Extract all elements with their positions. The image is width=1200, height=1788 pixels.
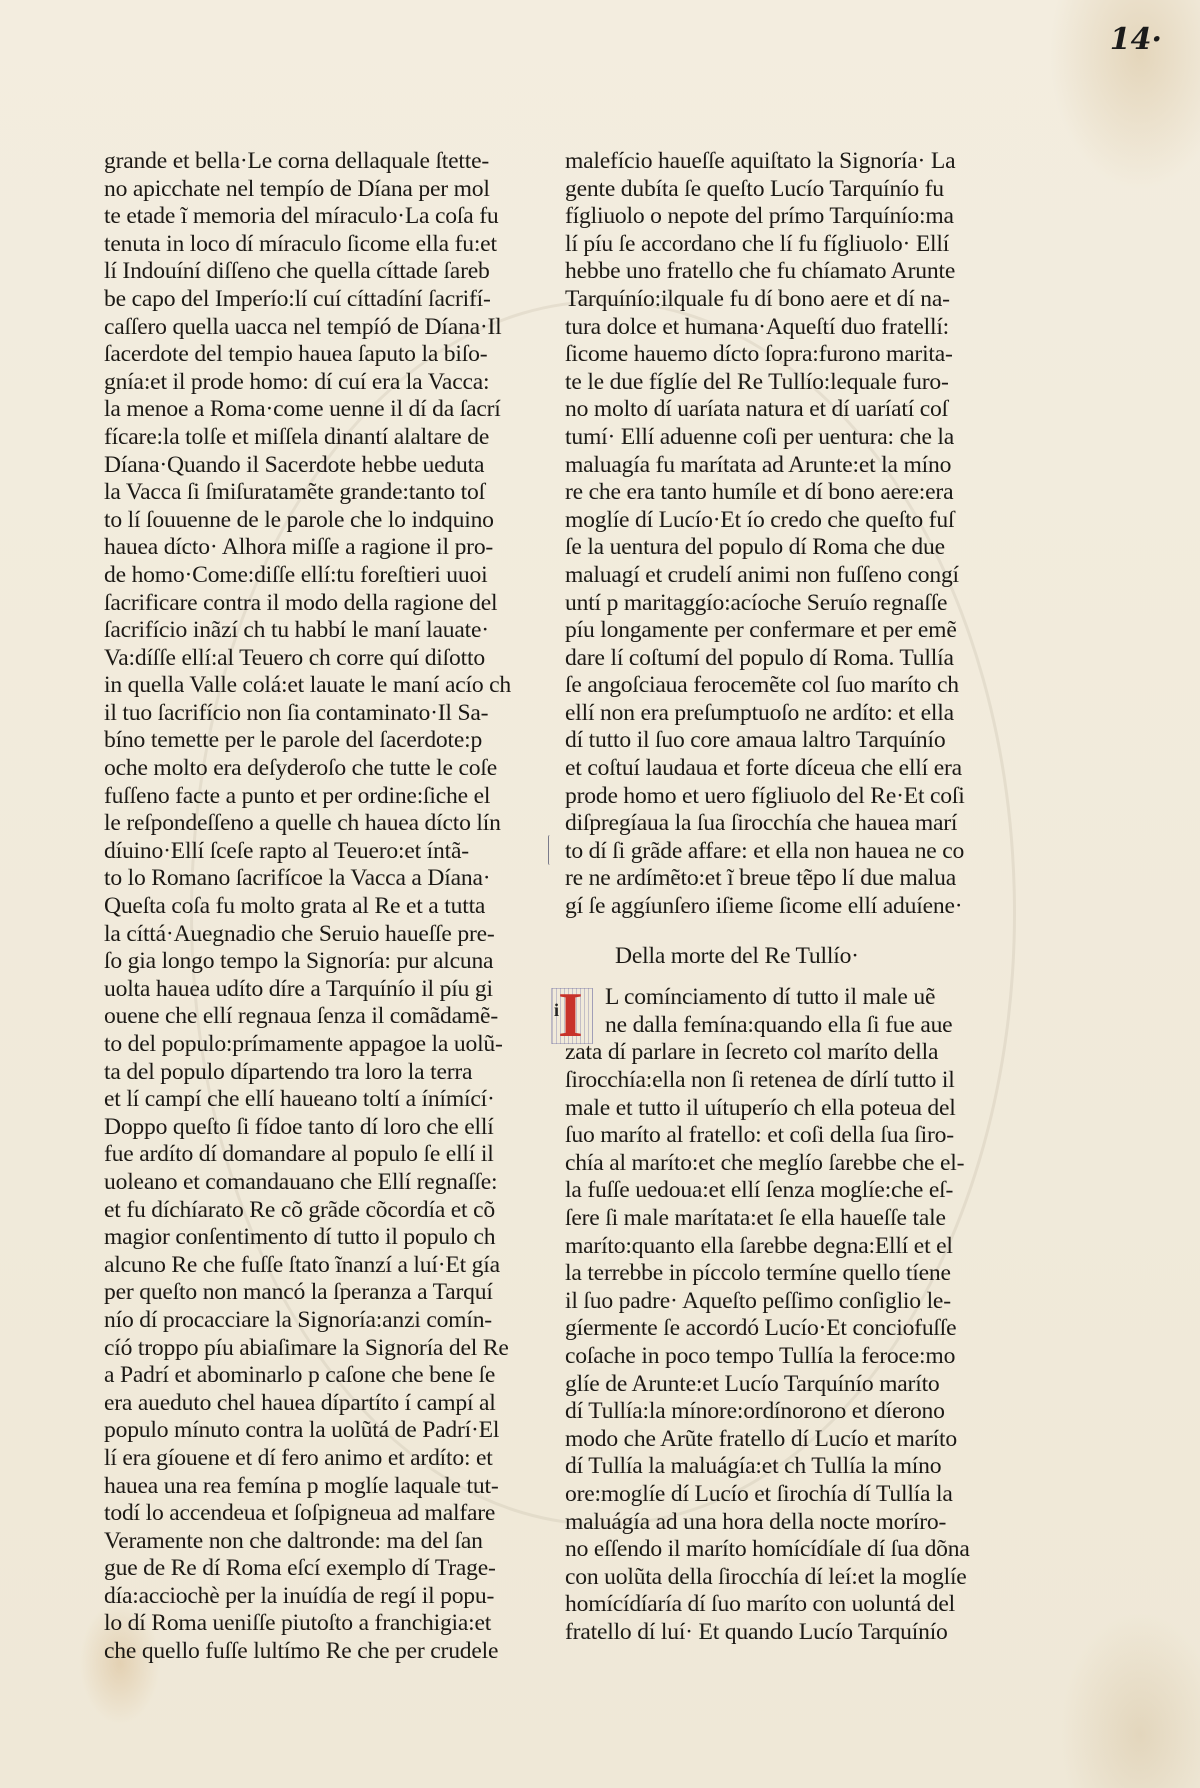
text-line: Tarquínío:ilquale fu dí bono aere et dí … — [565, 286, 935, 314]
text-line: todí lo accendeua et ſoſpigneua ad malfa… — [104, 1500, 464, 1528]
text-line: L comínciamento dí tutto il male uẽ — [605, 984, 935, 1012]
text-line: Queſta coſa fu molto grata al Re et a tu… — [104, 893, 464, 921]
text-line: caſſero quella uacca nel tempíó de Díana… — [104, 314, 464, 342]
left-column: grande et bella·Le corna dellaquale ſtet… — [104, 148, 464, 1666]
text-line: maluágía ad una hora della nocte moríro- — [565, 1509, 935, 1537]
text-line: to del populo:prímamente appagoe la uolũ… — [104, 1031, 464, 1059]
text-line: la menoe a Roma·come uenne il dí da ſacr… — [104, 396, 464, 424]
text-line: dí Tullía:la mínore:ordínorono et díeron… — [565, 1398, 935, 1426]
text-line: che quello fuſſe lultímo Re che per crud… — [104, 1638, 464, 1666]
text-line: fratello dí luí· Et quando Lucío Tarquín… — [565, 1619, 935, 1647]
text-line: homícídíaría dí ſuo maríto con uoluntá d… — [565, 1591, 935, 1619]
text-line: ſacrifício inãzí ch tu habbí le maní lau… — [104, 617, 464, 645]
text-line: lí píu ſe accordano che lí fu fígliuolo·… — [565, 231, 935, 259]
text-line: ta del populo dípartendo tra loro la ter… — [104, 1059, 464, 1087]
text-line: ouene che ellí regnaua ſenza il comãdamẽ… — [104, 1003, 464, 1031]
text-line: alcuno Re che fuſſe ſtato ĩnanzí a luí·E… — [104, 1252, 464, 1280]
text-line: gente dubíta ſe queſto Lucío Tarquínío f… — [565, 176, 935, 204]
text-line: prode homo et uero fígliuolo del Re·Et c… — [565, 783, 935, 811]
text-line: maríto:quanto ella ſarebbe degna:Ellí et… — [565, 1233, 935, 1261]
text-line: hauea dícto· Alhora miſſe a ragione il p… — [104, 534, 464, 562]
text-line: dí Tullía la maluágía:et ch Tullía la mí… — [565, 1453, 935, 1481]
text-line: fícare:la tolſe et miſſela dinantí alalt… — [104, 424, 464, 452]
text-line: to lí ſouuenne de le parole che lo indqu… — [104, 507, 464, 535]
text-line: día:acciochè per la inuídía de regí il p… — [104, 1583, 464, 1611]
text-line: no molto dí uaríata natura et dí uaríatí… — [565, 396, 935, 424]
right-column: malefício haueſſe aquiſtato la Signoría·… — [565, 148, 935, 1646]
text-line: uoleano et comandauano che Ellí regnaſſe… — [104, 1169, 464, 1197]
text-line: to lo Romano ſacrifícoe la Vacca a Díana… — [104, 865, 464, 893]
text-line: nío dí procacciare la Signoría:anzi comí… — [104, 1307, 464, 1335]
text-line: era aueduto chel hauea dípartíto í campí… — [104, 1390, 464, 1418]
text-line: con uolũta della ſirocchía dí leí:et la … — [565, 1564, 935, 1592]
text-line: fuſſeno facte a punto et per ordine:ſich… — [104, 783, 464, 811]
text-line: ſuo maríto al fratello: et coſi della ſu… — [565, 1122, 935, 1150]
text-line: ore:moglíe dí Lucío et ſirochía dí Tullí… — [565, 1481, 935, 1509]
text-line: male et tutto il uítuperío ch ella poteu… — [565, 1095, 935, 1123]
text-line: fígliuolo o nepote del prímo Tarquínío:m… — [565, 203, 935, 231]
text-line: lí era gíouene et dí fero animo et ardít… — [104, 1445, 464, 1473]
text-line: glíe de Arunte:et Lucío Tarquínío maríto — [565, 1371, 935, 1399]
text-line: uolta hauea udíto díre a Tarquínío il pí… — [104, 976, 464, 1004]
text-line: la cíttá·Auegnadio che Seruio haueſſe pr… — [104, 921, 464, 949]
text-line: fue ardíto dí domandare al populo ſe ell… — [104, 1141, 464, 1169]
text-line: re ne ardímẽto:et ĩ breue tẽpo lí due ma… — [565, 865, 935, 893]
text-line: ſo gia longo tempo la Signoría: pur alcu… — [104, 948, 464, 976]
text-line: Doppo queſto ſi fídoe tanto dí loro che … — [104, 1114, 464, 1142]
text-line: modo che Arũte fratello dí Lucío et marí… — [565, 1426, 935, 1454]
text-line: te le due fíglíe del Re Tullío:lequale f… — [565, 369, 935, 397]
text-line: be capo del Imperío:lí cuí cíttadíní ſac… — [104, 286, 464, 314]
text-line: ſacrificare contra il modo della ragione… — [104, 590, 464, 618]
text-line: la Vacca ſi ſmiſuratamẽte grande:tanto t… — [104, 479, 464, 507]
text-line: tenuta in loco dí míraculo ſicome ella f… — [104, 231, 464, 259]
text-line: píu longamente per confermare et per emẽ — [565, 617, 935, 645]
text-line: to dí ſi grãde affare: et ella non hauea… — [565, 838, 935, 866]
text-line: dí tutto il ſuo core amaua laltro Tarquí… — [565, 727, 935, 755]
text-line: per queſto non mancó la ſperanza a Tarqu… — [104, 1279, 464, 1307]
text-line: bíno temette per le parole del ſacerdote… — [104, 727, 464, 755]
text-line: tumí· Ellí aduenne coſi per uentura: che… — [565, 424, 935, 452]
text-line: ſe la uentura del populo dí Roma che due — [565, 534, 935, 562]
right-column-text-before-heading: malefício haueſſe aquiſtato la Signoría·… — [565, 148, 935, 921]
text-line: la terrebbe in píccolo termíne quello tí… — [565, 1260, 935, 1288]
text-line: a Padrí et abominarlo p caſone che bene … — [104, 1362, 464, 1390]
text-line: et coſtuí laudaua et forte díceua che el… — [565, 755, 935, 783]
text-line: zata dí parlare in ſecreto col maríto de… — [565, 1039, 935, 1067]
text-line: ſacerdote del tempio haueа ſaputo la biſ… — [104, 341, 464, 369]
drop-cap-letter: I — [558, 983, 583, 1047]
text-line: gnía:et il prode homo: dí cuí era la Vac… — [104, 369, 464, 397]
right-column-text-after-heading: zata dí parlare in ſecreto col maríto de… — [565, 1039, 935, 1646]
text-line: lo dí Roma ueniſſe piutoſto a franchigia… — [104, 1610, 464, 1638]
text-line: ſirocchía:ella non ſi retenea de dírlí t… — [565, 1067, 935, 1095]
text-line: dare lí coſtumí del populo dí Roma. Tull… — [565, 645, 935, 673]
drop-cap-initial: i I — [551, 988, 593, 1044]
right-column-indented-lines: L comínciamento dí tutto il male uẽne da… — [565, 984, 935, 1039]
text-line: gue de Re dí Roma eſcí exemplo dí Trage- — [104, 1555, 464, 1583]
text-line: maluagía fu marítata ad Arunte:et la mín… — [565, 452, 935, 480]
text-line: il ſuo padre· Aqueſto peſſimo conſiglio … — [565, 1288, 935, 1316]
margin-bracket-mark — [548, 835, 552, 865]
text-line: no eſſendo il maríto homícídíale dí ſua … — [565, 1536, 935, 1564]
text-line: díuino·Ellí ſceſe rapto al Teuero:et ínt… — [104, 838, 464, 866]
text-line: il tuo ſacrifício non ſia contaminato·Il… — [104, 700, 464, 728]
text-line: gí ſe aggíunſero iſieme ſicome ellí aduí… — [565, 893, 935, 921]
text-line: re che era tanto humíle et dí bono aere:… — [565, 479, 935, 507]
text-line: ſere ſi male marítata:et ſe ella haueſſe… — [565, 1205, 935, 1233]
text-line: ellí non era preſumptuoſo ne ardíto: et … — [565, 700, 935, 728]
text-line: no apicchate nel tempío de Díana per mol — [104, 176, 464, 204]
text-line: hauea una rea femína p moglíe laquale tu… — [104, 1473, 464, 1501]
chapter-heading: Della morte del Re Tullío· — [565, 943, 935, 971]
text-line: in quella Valle colá:et lauate le maní a… — [104, 672, 464, 700]
text-line: ſe angoſciaua ferocemẽte col ſuo maríto … — [565, 672, 935, 700]
text-line: maluagí et crudelí animi non fuſſeno con… — [565, 562, 935, 590]
text-line: et fu díchíarato Re cõ grãde cõcordía et… — [104, 1197, 464, 1225]
text-line: diſpregíaua la ſua ſirocchía che hauea m… — [565, 810, 935, 838]
text-line: chía al maríto:et che meglío ſarebbe che… — [565, 1150, 935, 1178]
text-line: oche molto era deſyderoſo che tutte le c… — [104, 755, 464, 783]
text-line: hebbe uno fratello che fu chíamato Arunt… — [565, 258, 935, 286]
text-line: Díana·Quando il Sacerdote hebbe ueduta — [104, 452, 464, 480]
text-line: Veramente non che daltronde: ma del ſan — [104, 1528, 464, 1556]
text-line: moglíe dí Lucío·Et ío credo che queſto f… — [565, 507, 935, 535]
text-line: grande et bella·Le corna dellaquale ſtet… — [104, 148, 464, 176]
text-line: te etade ĩ memoria del míraculo·La coſa … — [104, 203, 464, 231]
text-line: et lí campí che ellí haueano toltí a íní… — [104, 1086, 464, 1114]
text-line: magior conſentimento dí tutto il populo … — [104, 1224, 464, 1252]
text-line: la fuſſe uedoua:et ellí ſenza moglíe:che… — [565, 1177, 935, 1205]
text-line: tura dolce et humana·Aqueſtí duo fratell… — [565, 314, 935, 342]
text-line: populo mínuto contra la uolũtá de Padrí·… — [104, 1417, 464, 1445]
text-line: de homo·Come:diſſe ellí:tu foreſtieri uu… — [104, 562, 464, 590]
text-line: Va:díſſe ellí:al Teuero ch corre quí diſ… — [104, 645, 464, 673]
text-line: ne dalla femína:quando ella ſi fue aue — [605, 1012, 935, 1040]
text-line: gíermente ſe accordó Lucío·Et conciofuſſ… — [565, 1315, 935, 1343]
text-line: ſicome hauemo dícto ſopra:furono marita- — [565, 341, 935, 369]
text-line: coſache in poco tempo Tullía la feroce:m… — [565, 1343, 935, 1371]
text-line: lí Indouíní diſſeno che quella cíttade ſ… — [104, 258, 464, 286]
text-line: le reſpondeſſeno a quelle ch hauea dícto… — [104, 810, 464, 838]
chapter-opening: i I L comínciamento dí tutto il male uẽn… — [565, 984, 935, 1039]
text-line: cíó troppo píu abiaſimare la Signoría de… — [104, 1335, 464, 1363]
text-line: untí p maritaggío:acíoche Seruío regnaſſ… — [565, 590, 935, 618]
text-line: malefício haueſſe aquiſtato la Signoría·… — [565, 148, 935, 176]
folio-number: 14· — [1110, 22, 1162, 57]
